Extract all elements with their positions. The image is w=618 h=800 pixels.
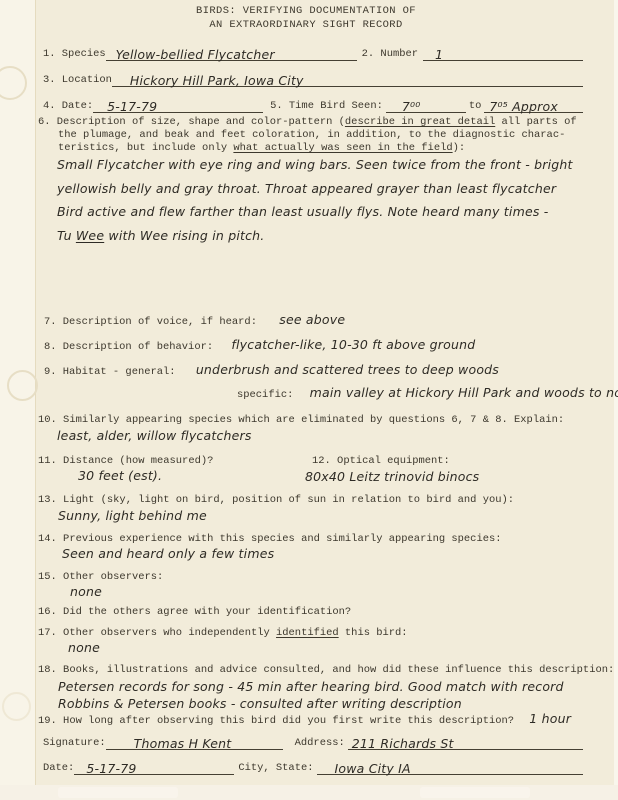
row-date-time: 4. Date: 5-17-79 5. Time Bird Seen: 7⁰⁰ … [43,97,583,113]
q19-label: 19. How long after observing this bird d… [38,715,514,727]
q7-row: 7. Description of voice, if heard: see a… [44,312,345,328]
form-title-line1: BIRDS: VERIFYING DOCUMENTATION OF [0,4,612,18]
q12-label: 12. Optical equipment: [312,455,450,467]
q14-answer: Seen and heard only a few times [62,546,274,561]
q13-label: 13. Light (sky, light on bird, position … [38,494,514,506]
q11-label: 11. Distance (how measured)? [38,455,213,467]
city-state-label: City, State: [238,762,313,775]
q6-label-line1-start: 6. Description of size, shape and color-… [38,116,345,128]
q6-answer-line2: yellowish belly and gray throat. Throat … [57,177,573,201]
row-date-citystate: Date: 5-17-79 City, State: Iowa City IA [43,759,583,775]
q11-answer: 30 feet (est). [78,468,162,483]
q19-row: 19. How long after observing this bird d… [38,711,571,727]
q8-row: 8. Description of behavior: flycatcher-l… [44,337,475,353]
q10-answer: least, alder, willow flycatchers [57,428,252,443]
location-value: Hickory Hill Park, Iowa City [130,73,304,88]
time-from-value: 7⁰⁰ [402,99,421,114]
scanned-form-page: BIRDS: VERIFYING DOCUMENTATION OF AN EXT… [0,0,618,800]
q6-answer-line3: Bird active and flew farther than least … [57,200,573,224]
q17-label-underlined: identified [276,627,339,639]
punch-hole-middle [7,370,38,401]
q18-answer-line1: Petersen records for song - 45 min after… [58,679,564,694]
q9-specific-label: specific: [237,389,293,401]
row-location: 3. Location Hickory Hill Park, Iowa City [43,71,583,87]
q9-specific-row: specific: main valley at Hickory Hill Pa… [237,385,618,401]
q9-row: 9. Habitat - general: underbrush and sca… [44,362,499,378]
date-value: 5-17-79 [107,99,157,114]
row-species-number: 1. Species Yellow-bellied Flycatcher 2. … [43,45,583,61]
q14-label: 14. Previous experience with this specie… [38,533,502,545]
time-from-field: 7⁰⁰ [386,97,466,113]
bottom-date-value: 5-17-79 [86,761,136,776]
date-field: 5-17-79 [93,97,263,113]
q17-label-start: 17. Other observers who independently [38,627,276,639]
q9-answer: underbrush and scattered trees to deep w… [196,362,499,377]
number-label: 2. Number [362,48,418,61]
q6-answer-line4-end: with Wee rising in pitch. [104,228,264,243]
q10-label: 10. Similarly appearing species which ar… [38,414,564,426]
q6-answer-line4-underlined: Wee [76,228,104,243]
number-field: 1 [423,45,583,61]
bottom-date-field: 5-17-79 [74,759,234,775]
signature-label: Signature: [43,737,106,750]
time-label: 5. Time Bird Seen: [270,100,383,113]
location-field: Hickory Hill Park, Iowa City [112,71,583,87]
q6-label-line1-underlined: describe in great detail [345,116,495,128]
address-value: 211 Richards St [352,736,454,751]
q16-label: 16. Did the others agree with your ident… [38,606,351,618]
q18-answer-line2: Robbins & Petersen books - consulted aft… [58,696,462,711]
q18-label: 18. Books, illustrations and advice cons… [38,664,614,676]
q19-answer: 1 hour [529,711,571,726]
signature-value: Thomas H Kent [134,736,232,751]
scan-bottom-patch [420,787,530,798]
q6-answer-line1: Small Flycatcher with eye ring and wing … [57,153,573,177]
location-label: 3. Location [43,74,112,87]
q8-answer: flycatcher-like, 10-30 ft above ground [231,337,475,352]
q17-label-end: this bird: [339,627,408,639]
q13-answer: Sunny, light behind me [58,508,207,523]
signature-field: Thomas H Kent [106,734,283,750]
species-field: Yellow-bellied Flycatcher [106,45,357,61]
scan-bottom-patch [58,787,178,798]
q6-answer-line4: Tu Wee with Wee rising in pitch. [57,224,573,248]
q17-answer: none [68,640,100,655]
form-title: BIRDS: VERIFYING DOCUMENTATION OF AN EXT… [0,4,612,32]
q15-answer: none [70,584,102,599]
q8-label: 8. Description of behavior: [44,341,213,353]
time-to-word: to [469,100,482,113]
q15-label: 15. Other observers: [38,571,163,583]
address-field: 211 Richards St [348,734,583,750]
q6-label-line2: the plumage, and beak and feet coloratio… [58,129,565,142]
form-title-line2: AN EXTRAORDINARY SIGHT RECORD [0,18,612,32]
time-to-field: 7⁰⁵ Approx [484,97,583,113]
date-label: 4. Date: [43,100,93,113]
q6-label-line1: 6. Description of size, shape and color-… [38,116,577,129]
q9-specific-answer: main valley at Hickory Hill Park and woo… [310,385,618,400]
punch-hole-bottom [2,692,31,721]
q12-answer: 80x40 Leitz trinovid binocs [305,469,479,484]
q7-label: 7. Description of voice, if heard: [44,316,257,328]
row-signature-address: Signature: Thomas H Kent Address: 211 Ri… [43,734,583,750]
q9-label: 9. Habitat - general: [44,366,176,378]
address-label: Address: [295,737,345,750]
species-label: 1. Species [43,48,106,61]
bottom-date-label: Date: [43,762,74,775]
species-value: Yellow-bellied Flycatcher [116,47,275,62]
q6-answer-line4-start: Tu [57,228,76,243]
q7-answer: see above [279,312,345,327]
q6-label-line1-end: all parts of [495,116,576,128]
time-to-value: 7⁰⁵ Approx [489,99,558,114]
q17-label: 17. Other observers who independently id… [38,627,408,639]
q6-answer: Small Flycatcher with eye ring and wing … [57,153,573,247]
city-state-value: Iowa City IA [335,761,411,776]
city-state-field: Iowa City IA [317,759,584,775]
number-value: 1 [435,47,443,62]
